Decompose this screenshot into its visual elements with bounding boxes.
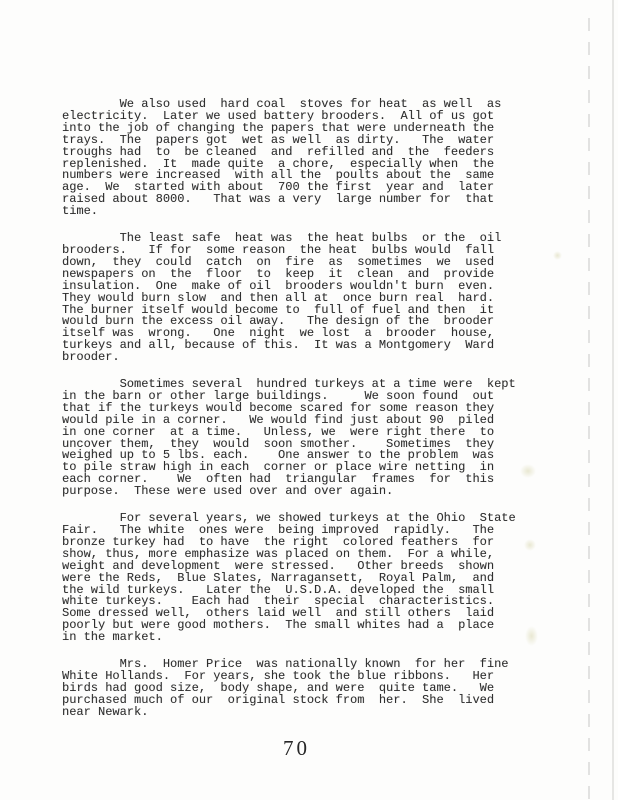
paragraph-turkeys-piling: Sometimes several hundred turkeys at a t…	[62, 379, 532, 498]
scan-smudge	[520, 464, 536, 478]
paragraph-least-safe-heat: The least safe heat was the heat bulbs o…	[62, 233, 532, 364]
page-number: 70	[283, 736, 310, 761]
paragraph-coal-stoves: We also used hard coal stoves for heat a…	[62, 99, 532, 218]
paragraph-mrs-homer-price: Mrs. Homer Price was nationally known fo…	[62, 659, 532, 719]
scan-smudge	[525, 626, 538, 646]
scan-page-edge-line	[612, 0, 614, 800]
scan-smudge	[553, 251, 562, 260]
body-text: We also used hard coal stoves for heat a…	[62, 99, 532, 734]
scan-smudge	[524, 539, 536, 551]
scan-dashed-fold-line	[588, 18, 590, 800]
scanned-document-page: We also used hard coal stoves for heat a…	[0, 0, 618, 800]
paragraph-ohio-state-fair: For several years, we showed turkeys at …	[62, 513, 532, 644]
